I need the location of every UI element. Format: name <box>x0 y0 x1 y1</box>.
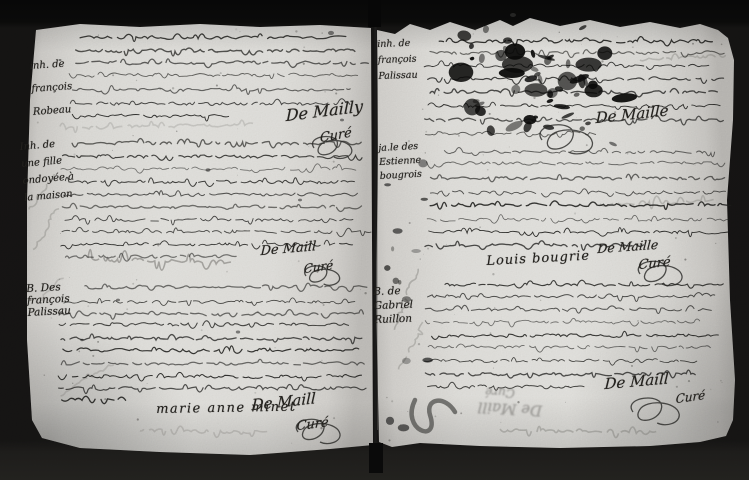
right-page <box>375 16 737 450</box>
margin-note: B. Des françois Palissau <box>26 281 71 319</box>
top-edge-mark <box>510 13 516 17</box>
margin-note-line: françois <box>31 75 73 101</box>
margin-note-line: inh. de <box>29 52 71 78</box>
margin-note-line: B. de <box>373 284 413 299</box>
margin-note-line: Palissau <box>27 305 71 319</box>
margin-note: inh. de françois Palissau <box>377 36 418 85</box>
margin-note-line: Gabriel <box>373 298 413 313</box>
bottom-binding-notch <box>369 443 383 473</box>
margin-note-line: Robeau <box>32 98 74 124</box>
margin-note-line: Ruillon <box>374 312 414 327</box>
margin-note-line: bougrois <box>379 168 422 184</box>
left-page <box>25 22 375 458</box>
bleed-through-line: Curé <box>478 384 515 400</box>
margin-note: ja.le des Estienne bougrois <box>378 140 422 184</box>
margin-note-line: Palissau <box>378 68 418 85</box>
register-scan: inh. de françois Robeau Inh. de une fill… <box>0 0 749 480</box>
bleed-through-line: De Maill <box>477 398 542 419</box>
margin-note: B. de Gabriel Ruillon <box>373 284 414 327</box>
margin-note-line: inh. de <box>377 36 417 53</box>
margin-note-line: françois <box>378 52 418 69</box>
top-binding-notch <box>368 0 381 27</box>
bleed-through-signature: De Maill Curé <box>477 384 543 419</box>
margin-note: inh. de françois Robeau <box>29 52 75 124</box>
margin-note: Inh. de une fille ondoyée à la maison <box>19 135 76 207</box>
